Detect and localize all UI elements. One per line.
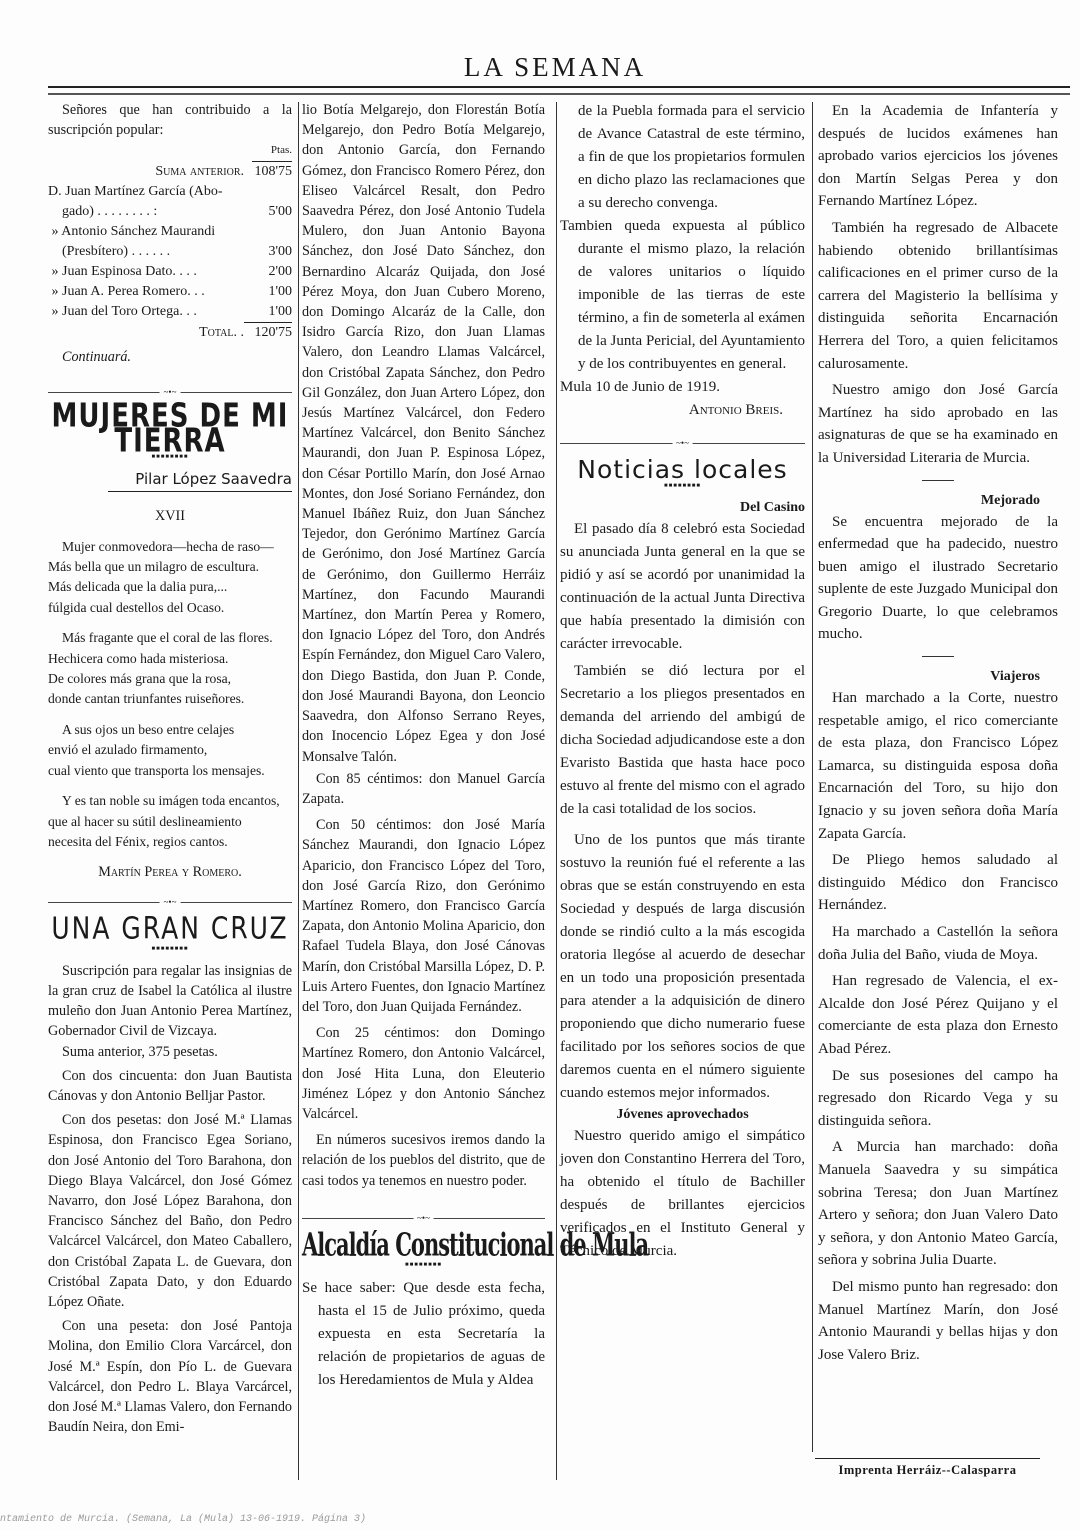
alcaldia-continued: Tambien queda expuesta al público durant…	[560, 215, 805, 376]
continued-note: Continuará.	[48, 347, 292, 367]
alcaldia-notice: Se hace saber: Que desde esta fecha, has…	[302, 1277, 545, 1392]
poem-stanza: Y es tan noble su imágen toda encantos,q…	[48, 791, 292, 852]
short-rule	[922, 656, 954, 657]
poem-stanza: Mujer conmovedora—hecha de raso—Más bell…	[48, 537, 292, 619]
column-4: En la Academia de Infantería y después d…	[818, 100, 1058, 1366]
poem-signature: Martín Perea y Romero.	[48, 862, 292, 882]
ledger-row: Suma anterior.108'75	[48, 162, 292, 182]
alcaldia-date: Mula 10 de Junio de 1919.	[560, 376, 805, 399]
column-divider	[298, 102, 299, 1480]
gran-cruz-paragraph: Con dos cincuenta: don Juan Bautista Cán…	[48, 1066, 292, 1106]
mejorado-paragraph: Se encuentra mejorado de la enfermedad q…	[818, 511, 1058, 647]
poem-title: MUJERES DE MI TIERRA	[48, 404, 292, 455]
alcaldia-continued: de la Puebla formada para el servicio de…	[560, 100, 805, 215]
ptas-header: Ptas.	[252, 140, 292, 161]
viajeros-paragraph: Han marchado a la Corte, nuestro respeta…	[818, 687, 1058, 845]
viajeros-paragraph: Han regresado de Valencia, el ex-Alcalde…	[818, 970, 1058, 1060]
gran-cruz-paragraph: Suscripción para regalar las insignias d…	[48, 961, 292, 1042]
column-2: lio Botía Melgarejo, don Florestán Botía…	[302, 100, 545, 1392]
casino-paragraph: El pasado día 8 celebró esta Sociedad su…	[560, 518, 805, 656]
masthead: LA SEMANA	[40, 52, 1070, 95]
subscription-intro: Señores que han contribuido a la suscrip…	[48, 100, 292, 140]
section-heading: Viajeros	[818, 667, 1058, 687]
casino-paragraph: También se dió lectura por el Secretario…	[560, 660, 805, 821]
printer-imprint: Imprenta Herráiz--Calasparra	[815, 1458, 1040, 1478]
column-1: Señores que han contribuido a la suscrip…	[48, 100, 292, 1437]
noticias-title: Noticias locales	[560, 460, 805, 480]
ledger-row: » Juan del Toro Ortega. . .1'00	[48, 302, 292, 322]
newspaper-title: LA SEMANA	[40, 52, 1070, 82]
alcaldia-title: Alcaldía Constitucional de Mula	[302, 1230, 545, 1260]
poem-stanza: A sus ojos un beso entre celajesenvió el…	[48, 720, 292, 781]
section-heading: Del Casino	[560, 498, 805, 518]
ledger-row: » Juan A. Perea Romero. . .1'00	[48, 282, 292, 302]
news-paragraph: También ha regresado de Albacete habiend…	[818, 217, 1058, 375]
source-citation: ntamiento de Murcia. (Semana, La (Mula) …	[0, 1514, 366, 1525]
poem-stanza: Más fragante que el coral de las flores.…	[48, 628, 292, 710]
donor-list: Con 50 céntimos: don José María Sánchez …	[302, 815, 545, 1017]
closing-note: En números sucesivos iremos dando la rel…	[302, 1130, 545, 1191]
gran-cruz-title: UNA GRAN CRUZ	[48, 916, 292, 940]
ornament-divider: ~•~	[48, 897, 292, 907]
viajeros-paragraph: De Pliego hemos saludado al distinguido …	[818, 849, 1058, 917]
section-heading: Mejorado	[818, 491, 1058, 511]
donor-list: Con 85 céntimos: don Manuel García Zapat…	[302, 769, 545, 809]
column-divider	[556, 102, 557, 1480]
alcaldia-signature: Antonio Breis.	[560, 399, 805, 422]
gran-cruz-paragraph: Suma anterior, 375 pesetas.	[48, 1042, 292, 1062]
jovenes-paragraph: Nuestro querido amigo el simpático joven…	[560, 1125, 805, 1263]
viajeros-paragraph: Del mismo punto han regresado: don Manue…	[818, 1276, 1058, 1366]
ornament-dots: ■■■■■■■■	[48, 945, 292, 953]
poem-author: Pilar López Saavedra	[108, 469, 292, 492]
viajeros-paragraph: De sus posesiones del campo ha regresado…	[818, 1065, 1058, 1133]
casino-paragraph: Uno de los puntos que más tirante sostuv…	[560, 829, 805, 1105]
viajeros-paragraph: A Murcia han marchado: doña Manuela Saav…	[818, 1136, 1058, 1272]
viajeros-paragraph: Ha marchado a Castellón la señora doña J…	[818, 921, 1058, 966]
ledger-row: » Juan Espinosa Dato. . . .2'00	[48, 262, 292, 282]
short-rule	[922, 480, 954, 481]
ornament-divider: ~•~	[48, 387, 292, 397]
news-paragraph: En la Academia de Infantería y después d…	[818, 100, 1058, 213]
ornament-divider: ~•~	[560, 438, 805, 448]
donor-list: lio Botía Melgarejo, don Florestán Botía…	[302, 100, 545, 767]
column-3: de la Puebla formada para el servicio de…	[560, 100, 805, 1263]
ledger-total-row: Total. .120'75	[48, 323, 292, 343]
gran-cruz-paragraph: Con una peseta: don José Pantoja Molina,…	[48, 1316, 292, 1437]
news-paragraph: Nuestro amigo don José García Martínez h…	[818, 379, 1058, 469]
subscription-ledger: Suma anterior.108'75 D. Juan Martínez Ga…	[48, 162, 292, 322]
section-heading: Jóvenes aprovechados	[560, 1105, 805, 1125]
gran-cruz-paragraph: Con dos pesetas: don José M.ª Llamas Esp…	[48, 1110, 292, 1312]
masthead-rule	[48, 86, 1070, 95]
ornament-divider: ~•~	[302, 1213, 545, 1223]
ledger-row: D. Juan Martínez García (Abo- gado) . . …	[48, 182, 292, 222]
column-divider	[812, 102, 813, 1452]
donor-list: Con 25 céntimos: don Domingo Martínez Ro…	[302, 1023, 545, 1124]
poem-number: XVII	[48, 506, 292, 526]
ledger-row: » Antonio Sánchez Maurandi (Presbítero) …	[48, 222, 292, 262]
